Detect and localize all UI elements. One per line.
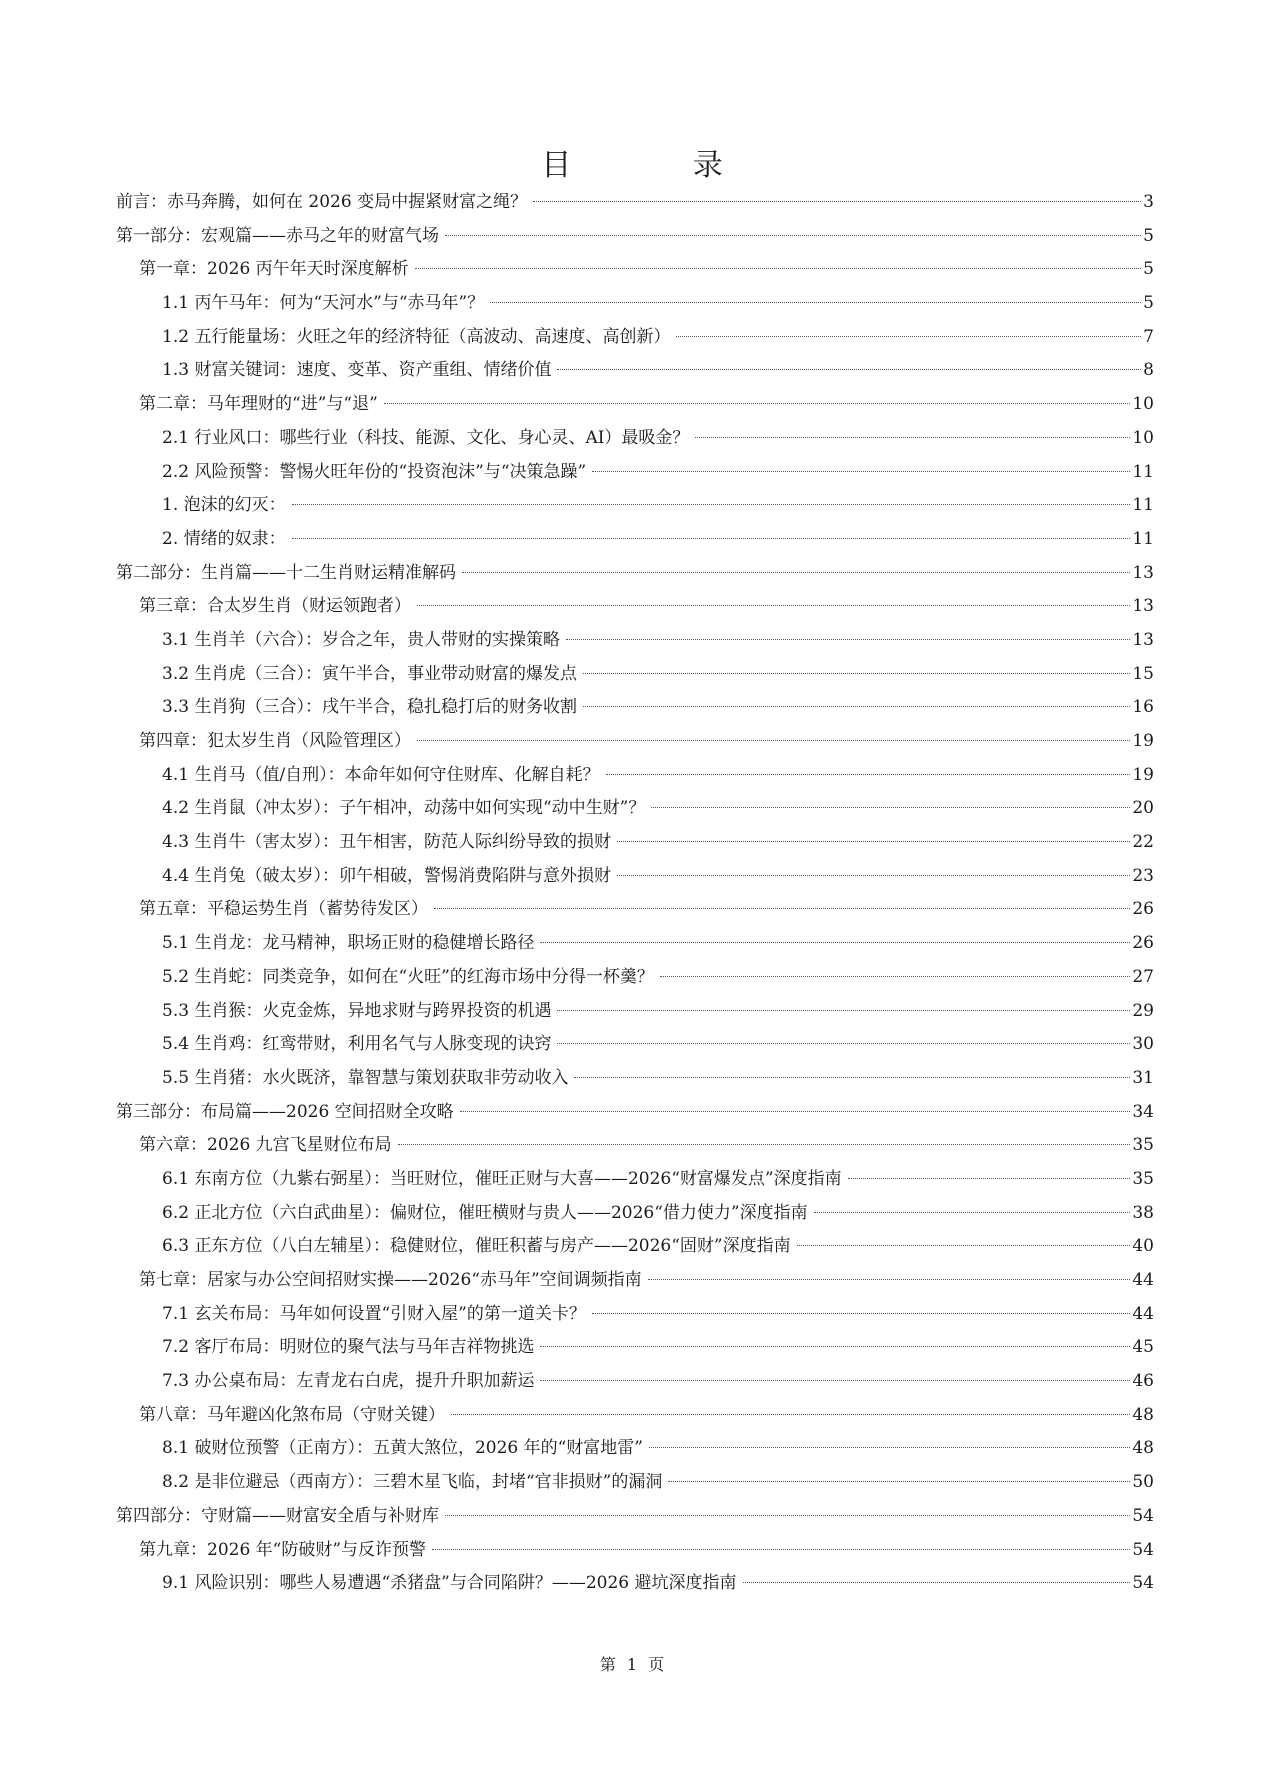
dot-leader: [398, 1144, 1131, 1145]
toc-page-number: 48: [1132, 1399, 1154, 1433]
toc-section-entry[interactable]: 4.3 生肖牛（害太岁）：丑午相害，防范人际纠纷导致的损财22: [116, 826, 1154, 860]
toc-part-entry[interactable]: 第四部分：守财篇——财富安全盾与补财库54: [116, 1500, 1154, 1534]
toc-page-number: 48: [1132, 1432, 1154, 1466]
toc-entry-title: 4.2 生肖鼠（冲太岁）：子午相冲，动荡中如何实现“动中生财”？: [162, 792, 645, 826]
toc-entry-title: 2. 情绪的奴隶：: [162, 523, 286, 557]
toc-page-number: 29: [1132, 995, 1154, 1029]
toc-entry-title: 第二部分：生肖篇——十二生肖财运精准解码: [116, 557, 456, 591]
dot-leader: [490, 302, 1141, 303]
dot-leader: [540, 1380, 1130, 1381]
dot-leader: [797, 1245, 1131, 1246]
toc-entry-title: 第一章：2026 丙午年天时深度解析: [139, 253, 409, 287]
toc-entry-title: 4.3 生肖牛（害太岁）：丑午相害，防范人际纠纷导致的损财: [162, 826, 611, 860]
dot-leader: [557, 1010, 1130, 1011]
toc-entry-title: 4.1 生肖马（值/自刑）：本命年如何守住财库、化解自耗？: [162, 759, 600, 793]
toc-section-entry[interactable]: 8.2 是非位避忌（西南方）：三碧木星飞临，封堵“官非损财”的漏洞50: [116, 1466, 1154, 1500]
dot-leader: [583, 706, 1130, 707]
dot-leader: [676, 336, 1141, 337]
dot-leader: [432, 1549, 1130, 1550]
toc-entry-title: 5.3 生肖猴：火克金炼，异地求财与跨界投资的机遇: [162, 995, 551, 1029]
table-of-contents: 前言：赤马奔腾，如何在 2026 变局中握紧财富之绳？3第一部分：宏观篇——赤马…: [116, 186, 1154, 1601]
toc-entry-title: 4.4 生肖兔（破太岁）：卯午相破，警惕消费陷阱与意外损财: [162, 860, 611, 894]
toc-page-number: 20: [1132, 792, 1154, 826]
dot-leader: [533, 201, 1141, 202]
dot-leader: [417, 740, 1130, 741]
dot-leader: [445, 1515, 1130, 1516]
toc-page-number: 16: [1132, 691, 1154, 725]
toc-part-entry[interactable]: 第一部分：宏观篇——赤马之年的财富气场5: [116, 220, 1154, 254]
toc-section-entry[interactable]: 2.1 行业风口：哪些行业（科技、能源、文化、身心灵、AI）最吸金？10: [116, 422, 1154, 456]
toc-page-number: 40: [1132, 1230, 1154, 1264]
toc-entry-title: 第八章：马年避凶化煞布局（守财关键）: [139, 1399, 445, 1433]
toc-entry-title: 2.2 风险预警：警惕火旺年份的“投资泡沫”与“决策急躁”: [162, 456, 586, 490]
toc-part-entry[interactable]: 前言：赤马奔腾，如何在 2026 变局中握紧财富之绳？3: [116, 186, 1154, 220]
dot-leader: [415, 268, 1142, 269]
toc-page-number: 15: [1132, 658, 1154, 692]
toc-section-entry[interactable]: 1.1 丙午马年：何为“天河水”与“赤马年”？5: [116, 287, 1154, 321]
toc-section-entry[interactable]: 6.1 东南方位（九紫右弼星）：当旺财位，催旺正财与大喜——2026“财富爆发点…: [116, 1163, 1154, 1197]
dot-leader: [451, 1414, 1130, 1415]
toc-page-number: 19: [1132, 725, 1154, 759]
toc-section-entry[interactable]: 5.4 生肖鸡：红鸾带财，利用名气与人脉变现的诀窍30: [116, 1028, 1154, 1062]
toc-entry-title: 1.1 丙午马年：何为“天河水”与“赤马年”？: [162, 287, 484, 321]
toc-entry-title: 1.3 财富关键词：速度、变革、资产重组、情绪价值: [162, 354, 551, 388]
toc-section-entry[interactable]: 3.3 生肖狗（三合）：戌午半合，稳扎稳打后的财务收割16: [116, 691, 1154, 725]
dot-leader: [434, 908, 1130, 909]
toc-entry-title: 1. 泡沫的幻灭：: [162, 489, 286, 523]
dot-leader: [292, 538, 1131, 539]
dot-leader: [649, 1447, 1130, 1448]
toc-section-entry[interactable]: 1.3 财富关键词：速度、变革、资产重组、情绪价值8: [116, 354, 1154, 388]
toc-entry-title: 7.3 办公桌布局：左青龙右白虎，提升升职加薪运: [162, 1365, 534, 1399]
toc-page-number: 11: [1132, 523, 1154, 557]
toc-entry-title: 第四章：犯太岁生肖（风险管理区）: [139, 725, 411, 759]
dot-leader: [292, 504, 1131, 505]
dot-leader: [606, 774, 1131, 775]
toc-chapter-entry[interactable]: 第六章：2026 九宫飞星财位布局35: [116, 1129, 1154, 1163]
toc-chapter-entry[interactable]: 第三章：合太岁生肖（财运领跑者）13: [116, 590, 1154, 624]
toc-page-number: 35: [1132, 1163, 1154, 1197]
toc-entry-title: 5.1 生肖龙：龙马精神，职场正财的稳健增长路径: [162, 927, 534, 961]
dot-leader: [384, 403, 1131, 404]
toc-section-entry[interactable]: 1. 泡沫的幻灭：11: [116, 489, 1154, 523]
dot-leader: [540, 942, 1130, 943]
toc-section-entry[interactable]: 3.2 生肖虎（三合）：寅午半合，事业带动财富的爆发点15: [116, 658, 1154, 692]
toc-chapter-entry[interactable]: 第五章：平稳运势生肖（蓄势待发区）26: [116, 893, 1154, 927]
toc-entry-title: 第二章：马年理财的“进”与“退”: [139, 388, 378, 422]
toc-entry-title: 第三部分：布局篇——2026 空间招财全攻略: [116, 1096, 454, 1130]
toc-page-number: 23: [1132, 860, 1154, 894]
toc-entry-title: 9.1 风险识别：哪些人易遭遇“杀猪盘”与合同陷阱？——2026 避坑深度指南: [162, 1567, 737, 1601]
dot-leader: [417, 605, 1130, 606]
toc-page-number: 44: [1132, 1298, 1154, 1332]
dot-leader: [743, 1582, 1131, 1583]
toc-page-number: 26: [1132, 893, 1154, 927]
toc-entry-title: 6.1 东南方位（九紫右弼星）：当旺财位，催旺正财与大喜——2026“财富爆发点…: [162, 1163, 842, 1197]
toc-section-entry[interactable]: 6.2 正北方位（六白武曲星）：偏财位，催旺横财与贵人——2026“借力使力”深…: [116, 1197, 1154, 1231]
toc-page-number: 34: [1132, 1096, 1154, 1130]
dot-leader: [695, 437, 1130, 438]
dot-leader: [574, 1077, 1130, 1078]
toc-chapter-entry[interactable]: 第七章：居家与办公空间招财实操——2026“赤马年”空间调频指南44: [116, 1264, 1154, 1298]
toc-page-number: 19: [1132, 759, 1154, 793]
toc-page-number: 45: [1132, 1331, 1154, 1365]
dot-leader: [540, 1346, 1130, 1347]
toc-entry-title: 8.2 是非位避忌（西南方）：三碧木星飞临，封堵“官非损财”的漏洞: [162, 1466, 662, 1500]
toc-page-number: 11: [1132, 456, 1154, 490]
toc-chapter-entry[interactable]: 第一章：2026 丙午年天时深度解析5: [116, 253, 1154, 287]
toc-entry-title: 6.2 正北方位（六白武曲星）：偏财位，催旺横财与贵人——2026“借力使力”深…: [162, 1197, 808, 1231]
toc-page-number: 3: [1143, 186, 1154, 220]
toc-chapter-entry[interactable]: 第九章：2026 年“防破财”与反诈预警54: [116, 1534, 1154, 1568]
toc-section-entry[interactable]: 9.1 风险识别：哪些人易遭遇“杀猪盘”与合同陷阱？——2026 避坑深度指南5…: [116, 1567, 1154, 1601]
toc-page-number: 26: [1132, 927, 1154, 961]
toc-entry-title: 第三章：合太岁生肖（财运领跑者）: [139, 590, 411, 624]
dot-leader: [592, 471, 1130, 472]
toc-entry-title: 5.2 生肖蛇：同类竞争，如何在“火旺”的红海市场中分得一杯羹？: [162, 961, 654, 995]
dot-leader: [648, 1279, 1131, 1280]
toc-entry-title: 3.1 生肖羊（六合）：岁合之年，贵人带财的实操策略: [162, 624, 560, 658]
toc-part-entry[interactable]: 第二部分：生肖篇——十二生肖财运精准解码13: [116, 557, 1154, 591]
toc-section-entry[interactable]: 6.3 正东方位（八白左辅星）：稳健财位，催旺积蓄与房产——2026“固财”深度…: [116, 1230, 1154, 1264]
toc-entry-title: 3.3 生肖狗（三合）：戌午半合，稳扎稳打后的财务收割: [162, 691, 577, 725]
dot-leader: [660, 976, 1131, 977]
toc-page-number: 10: [1132, 388, 1154, 422]
dot-leader: [557, 369, 1141, 370]
toc-chapter-entry[interactable]: 第八章：马年避凶化煞布局（守财关键）48: [116, 1399, 1154, 1433]
toc-section-entry[interactable]: 4.2 生肖鼠（冲太岁）：子午相冲，动荡中如何实现“动中生财”？20: [116, 792, 1154, 826]
dot-leader: [617, 841, 1130, 842]
toc-section-entry[interactable]: 7.2 客厅布局：明财位的聚气法与马年吉祥物挑选45: [116, 1331, 1154, 1365]
toc-section-entry[interactable]: 4.1 生肖马（值/自刑）：本命年如何守住财库、化解自耗？19: [116, 759, 1154, 793]
toc-entry-title: 第六章：2026 九宫飞星财位布局: [139, 1129, 392, 1163]
toc-section-entry[interactable]: 3.1 生肖羊（六合）：岁合之年，贵人带财的实操策略13: [116, 624, 1154, 658]
toc-chapter-entry[interactable]: 第二章：马年理财的“进”与“退”10: [116, 388, 1154, 422]
toc-page-number: 54: [1132, 1567, 1154, 1601]
toc-page-number: 50: [1132, 1466, 1154, 1500]
toc-page-number: 38: [1132, 1197, 1154, 1231]
toc-entry-title: 8.1 破财位预警（正南方）：五黄大煞位，2026 年的“财富地雷”: [162, 1432, 643, 1466]
toc-entry-title: 前言：赤马奔腾，如何在 2026 变局中握紧财富之绳？: [116, 186, 527, 220]
toc-section-entry[interactable]: 5.3 生肖猴：火克金炼，异地求财与跨界投资的机遇29: [116, 995, 1154, 1029]
toc-page-number: 13: [1132, 590, 1154, 624]
toc-page-number: 44: [1132, 1264, 1154, 1298]
dot-leader: [617, 875, 1130, 876]
toc-section-entry[interactable]: 1.2 五行能量场：火旺之年的经济特征（高波动、高速度、高创新）7: [116, 321, 1154, 355]
toc-entry-title: 5.5 生肖猪：水火既济，靠智慧与策划获取非劳动收入: [162, 1062, 568, 1096]
dot-leader: [583, 673, 1130, 674]
toc-page-number: 35: [1132, 1129, 1154, 1163]
toc-page-number: 13: [1132, 624, 1154, 658]
toc-entry-title: 第五章：平稳运势生肖（蓄势待发区）: [139, 893, 428, 927]
toc-page-number: 5: [1143, 253, 1154, 287]
toc-section-entry[interactable]: 5.2 生肖蛇：同类竞争，如何在“火旺”的红海市场中分得一杯羹？27: [116, 961, 1154, 995]
toc-chapter-entry[interactable]: 第四章：犯太岁生肖（风险管理区）19: [116, 725, 1154, 759]
dot-leader: [445, 235, 1141, 236]
dot-leader: [462, 572, 1130, 573]
toc-page-number: 7: [1143, 321, 1154, 355]
toc-page-number: 11: [1132, 489, 1154, 523]
toc-section-entry[interactable]: 5.1 生肖龙：龙马精神，职场正财的稳健增长路径26: [116, 927, 1154, 961]
toc-page-number: 31: [1132, 1062, 1154, 1096]
toc-section-entry[interactable]: 7.1 玄关布局：马年如何设置“引财入屋”的第一道关卡？44: [116, 1298, 1154, 1332]
dot-leader: [814, 1212, 1131, 1213]
toc-page-number: 27: [1132, 961, 1154, 995]
toc-section-entry[interactable]: 8.1 破财位预警（正南方）：五黄大煞位，2026 年的“财富地雷”48: [116, 1432, 1154, 1466]
toc-entry-title: 1.2 五行能量场：火旺之年的经济特征（高波动、高速度、高创新）: [162, 321, 670, 355]
toc-page-number: 5: [1143, 220, 1154, 254]
toc-section-entry[interactable]: 5.5 生肖猪：水火既济，靠智慧与策划获取非劳动收入31: [116, 1062, 1154, 1096]
toc-section-entry[interactable]: 7.3 办公桌布局：左青龙右白虎，提升升职加薪运46: [116, 1365, 1154, 1399]
toc-entry-title: 7.2 客厅布局：明财位的聚气法与马年吉祥物挑选: [162, 1331, 534, 1365]
toc-entry-title: 第四部分：守财篇——财富安全盾与补财库: [116, 1500, 439, 1534]
dot-leader: [566, 639, 1130, 640]
toc-entry-title: 第七章：居家与办公空间招财实操——2026“赤马年”空间调频指南: [139, 1264, 642, 1298]
toc-entry-title: 第一部分：宏观篇——赤马之年的财富气场: [116, 220, 439, 254]
toc-page-number: 54: [1132, 1500, 1154, 1534]
toc-page-number: 5: [1143, 287, 1154, 321]
toc-entry-title: 2.1 行业风口：哪些行业（科技、能源、文化、身心灵、AI）最吸金？: [162, 422, 689, 456]
dot-leader: [592, 1313, 1131, 1314]
toc-entry-title: 6.3 正东方位（八白左辅星）：稳健财位，催旺积蓄与房产——2026“固财”深度…: [162, 1230, 791, 1264]
page-number-footer: 第 1 页: [0, 1652, 1264, 1675]
dot-leader: [460, 1111, 1131, 1112]
toc-entry-title: 第九章：2026 年“防破财”与反诈预警: [139, 1534, 426, 1568]
toc-entry-title: 3.2 生肖虎（三合）：寅午半合，事业带动财富的爆发点: [162, 658, 577, 692]
page-title: 目 录: [0, 140, 1264, 184]
toc-page-number: 13: [1132, 557, 1154, 591]
toc-page-number: 8: [1143, 354, 1154, 388]
toc-section-entry[interactable]: 4.4 生肖兔（破太岁）：卯午相破，警惕消费陷阱与意外损财23: [116, 860, 1154, 894]
toc-page-number: 46: [1132, 1365, 1154, 1399]
toc-part-entry[interactable]: 第三部分：布局篇——2026 空间招财全攻略34: [116, 1096, 1154, 1130]
toc-page-number: 54: [1132, 1534, 1154, 1568]
dot-leader: [651, 807, 1130, 808]
dot-leader: [848, 1178, 1131, 1179]
toc-entry-title: 7.1 玄关布局：马年如何设置“引财入屋”的第一道关卡？: [162, 1298, 586, 1332]
toc-section-entry[interactable]: 2. 情绪的奴隶：11: [116, 523, 1154, 557]
dot-leader: [668, 1481, 1130, 1482]
toc-page-number: 22: [1132, 826, 1154, 860]
toc-entry-title: 5.4 生肖鸡：红鸾带财，利用名气与人脉变现的诀窍: [162, 1028, 551, 1062]
toc-section-entry[interactable]: 2.2 风险预警：警惕火旺年份的“投资泡沫”与“决策急躁”11: [116, 456, 1154, 490]
toc-page-number: 30: [1132, 1028, 1154, 1062]
toc-page-number: 10: [1132, 422, 1154, 456]
dot-leader: [557, 1043, 1130, 1044]
